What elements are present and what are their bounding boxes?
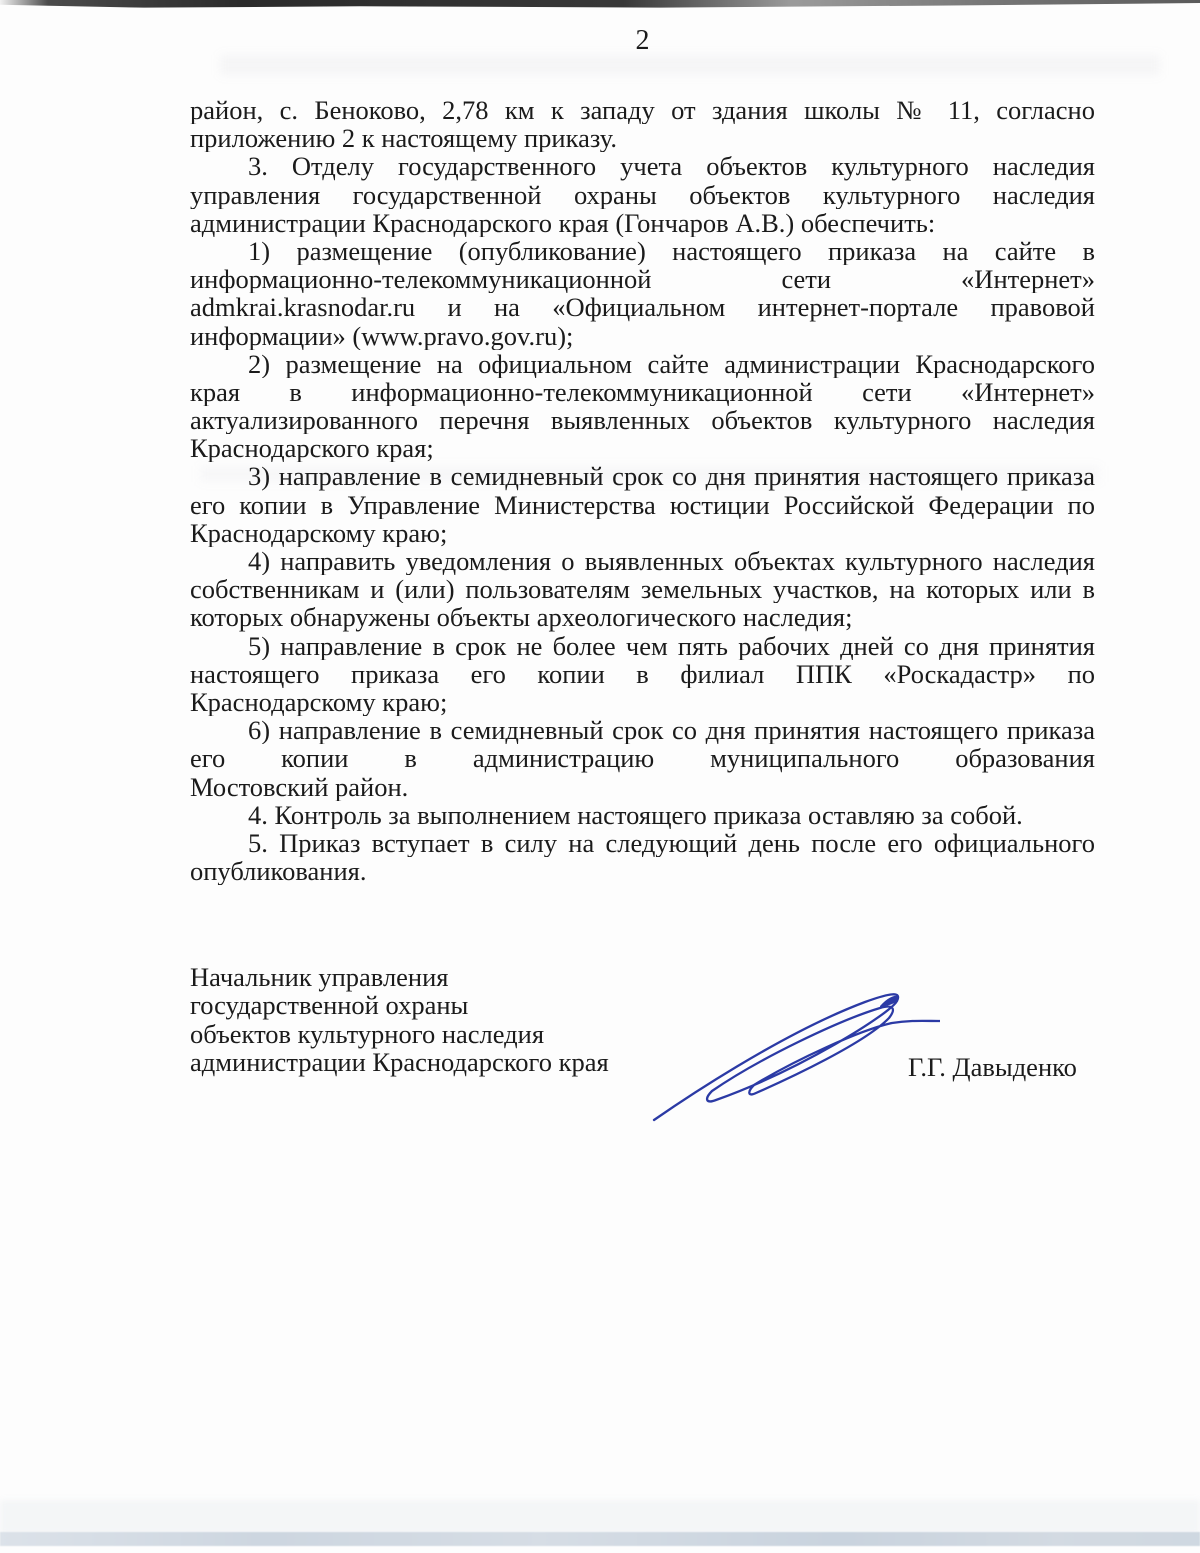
text-line: Краснодарскому краю; — [190, 688, 1095, 716]
page-number: 2 — [190, 26, 1095, 56]
text-line: настоящего приказа его копии в филиал ПП… — [190, 660, 1095, 688]
text-line: актуализированного перечня выявленных об… — [190, 406, 1095, 434]
text-line: Краснодарскому краю; — [190, 519, 1095, 547]
text-line: собственникам и (или) пользователям земе… — [190, 575, 1095, 603]
text-line: 4) направить уведомления о выявленных об… — [190, 547, 1095, 575]
scan-artifact-smudge — [220, 55, 1160, 75]
text-line: его копии в Управление Министерства юсти… — [190, 491, 1095, 519]
text-line: информационно-телекоммуникационной сети … — [190, 265, 1095, 293]
text-line: 1) размещение (опубликование) настоящего… — [190, 237, 1095, 265]
text-line: Мостовский район. — [190, 773, 1095, 801]
signature-ink-blob — [880, 996, 899, 1007]
document-body: район, с. Беноково, 2,78 км к западу от … — [190, 96, 1095, 885]
scan-artifact-top-band — [0, 0, 1200, 8]
text-line: район, с. Беноково, 2,78 км к западу от … — [190, 96, 1095, 124]
text-line: 2) размещение на официальном сайте админ… — [190, 350, 1095, 378]
text-line: 4. Контроль за выполнением настоящего пр… — [190, 801, 1095, 829]
text-line: приложению 2 к настоящему приказу. — [190, 124, 1095, 152]
text-line: 3. Отделу государственного учета объекто… — [190, 152, 1095, 180]
text-line: admkrai.krasnodar.ru и на «Официальном и… — [190, 293, 1095, 321]
text-line: 5) направление в срок не более чем пять … — [190, 632, 1095, 660]
text-line: администрации Краснодарского края (Гонча… — [190, 209, 1095, 237]
text-line: 6) направление в семидневный срок со дня… — [190, 716, 1095, 744]
text-line: управления государственной охраны объект… — [190, 181, 1095, 209]
handwritten-signature-image — [640, 978, 940, 1128]
scan-artifact-bottom-wash — [0, 1500, 1200, 1534]
text-line: его копии в администрацию муниципального… — [190, 744, 1095, 772]
text-line: Краснодарского края; — [190, 434, 1095, 462]
text-line: 3) направление в семидневный срок со дня… — [190, 462, 1095, 490]
text-line: 5. Приказ вступает в силу на следующий д… — [190, 829, 1095, 857]
text-line: которых обнаружены объекты археологическ… — [190, 603, 1095, 631]
signature-stroke — [654, 994, 940, 1120]
scan-artifact-bottom-band — [0, 1532, 1200, 1546]
document-page: 2 район, с. Беноково, 2,78 км к западу о… — [0, 0, 1200, 1553]
text-line: информации» (www.pravo.gov.ru); — [190, 322, 1095, 350]
signer-name: Г.Г. Давыденко — [908, 1053, 1077, 1081]
text-line: опубликования. — [190, 857, 1095, 885]
text-line: края в информационно-телекоммуникационно… — [190, 378, 1095, 406]
